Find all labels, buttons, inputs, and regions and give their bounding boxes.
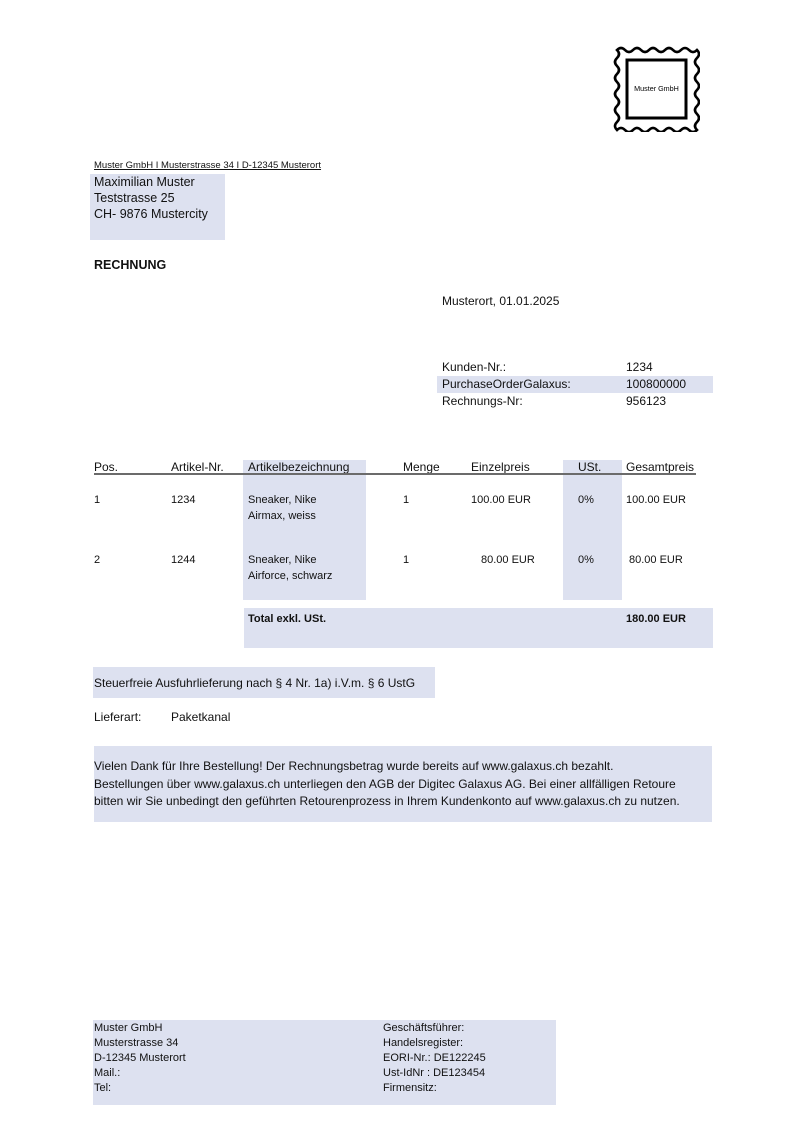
row2-vat: 0% xyxy=(578,553,594,569)
meta-value: 1234 xyxy=(626,359,653,376)
total-value: 180.00 EUR xyxy=(626,613,686,625)
row1-pos: 1 xyxy=(94,493,100,509)
header-description: Artikelbezeichnung xyxy=(248,460,349,474)
header-total-price: Gesamtpreis xyxy=(626,460,694,474)
header-vat: USt. xyxy=(578,460,601,474)
row2-total: 80.00 EUR xyxy=(629,553,683,569)
total-label: Total exkl. USt. xyxy=(248,613,326,625)
meta-label: Kunden-Nr.: xyxy=(442,359,626,376)
document-title: RECHNUNG xyxy=(94,258,166,272)
row2-quantity: 1 xyxy=(403,553,409,569)
meta-purchase-order: PurchaseOrderGalaxus: 100800000 xyxy=(437,376,713,393)
delivery-label: Lieferart: xyxy=(94,710,141,724)
recipient-city: CH- 9876 Mustercity xyxy=(94,206,221,222)
footer-eori: EORI-Nr.: DE122245 xyxy=(383,1051,486,1066)
svg-text:Muster GmbH: Muster GmbH xyxy=(634,84,679,93)
footer-company-name: Muster GmbH xyxy=(94,1021,186,1036)
row2-description-line2: Airforce, schwarz xyxy=(248,569,332,585)
footer-legal-info: Geschäftsführer: Handelsregister: EORI-N… xyxy=(383,1021,486,1096)
meta-customer-no: Kunden-Nr.: 1234 xyxy=(437,359,713,376)
delivery-value: Paketkanal xyxy=(171,710,230,724)
footer-registered-office: Firmensitz: xyxy=(383,1081,486,1096)
meta-value: 100800000 xyxy=(626,376,686,393)
table-header-rule xyxy=(94,473,696,475)
footer-company-info: Muster GmbH Musterstrasse 34 D-12345 Mus… xyxy=(94,1021,186,1096)
footer-city: D-12345 Musterort xyxy=(94,1051,186,1066)
header-quantity: Menge xyxy=(403,460,440,474)
company-logo: Muster GmbH xyxy=(613,46,700,132)
row1-article-no: 1234 xyxy=(171,493,195,509)
place-date: Musterort, 01.01.2025 xyxy=(442,294,559,308)
footer-street: Musterstrasse 34 xyxy=(94,1036,186,1051)
meta-value: 956123 xyxy=(626,393,666,410)
row2-unit-price: 80.00 EUR xyxy=(481,553,535,569)
recipient-street: Teststrasse 25 xyxy=(94,190,221,206)
row1-total: 100.00 EUR xyxy=(626,493,686,509)
delivery-method: Lieferart: Paketkanal xyxy=(94,710,141,724)
footer: Muster GmbH Musterstrasse 34 D-12345 Mus… xyxy=(93,1020,556,1105)
thank-you-line: bitten wir Sie unbedingt den geführten R… xyxy=(94,793,712,811)
meta-invoice-no: Rechnungs-Nr: 956123 xyxy=(437,393,713,410)
row2-article-no: 1244 xyxy=(171,553,195,569)
row1-vat: 0% xyxy=(578,493,594,509)
thank-you-note: Vielen Dank für Ihre Bestellung! Der Rec… xyxy=(94,746,712,822)
row2-description-line1: Sneaker, Nike xyxy=(248,553,332,569)
row1-unit-price: 100.00 EUR xyxy=(471,493,531,509)
sender-address-line: Muster GmbH I Musterstrasse 34 I D-12345… xyxy=(94,160,321,171)
header-pos: Pos. xyxy=(94,460,118,474)
thank-you-line: Bestellungen über www.galaxus.ch unterli… xyxy=(94,776,712,794)
meta-label: PurchaseOrderGalaxus: xyxy=(442,376,626,393)
header-unit-price: Einzelpreis xyxy=(471,460,530,474)
tax-exemption-text: Steuerfreie Ausfuhrlieferung nach § 4 Nr… xyxy=(94,676,415,690)
footer-vat-id: Ust-IdNr : DE123454 xyxy=(383,1066,486,1081)
footer-managing-director: Geschäftsführer: xyxy=(383,1021,486,1036)
footer-mail: Mail.: xyxy=(94,1066,186,1081)
header-article-no: Artikel-Nr. xyxy=(171,460,224,474)
row1-quantity: 1 xyxy=(403,493,409,509)
tax-exemption-note: Steuerfreie Ausfuhrlieferung nach § 4 Nr… xyxy=(93,667,435,698)
footer-trade-register: Handelsregister: xyxy=(383,1036,486,1051)
invoice-meta: Kunden-Nr.: 1234 PurchaseOrderGalaxus: 1… xyxy=(437,359,713,410)
row1-description-line2: Airmax, weiss xyxy=(248,509,316,525)
row2-description: Sneaker, Nike Airforce, schwarz xyxy=(248,553,332,584)
meta-label: Rechnungs-Nr: xyxy=(442,393,626,410)
recipient-name: Maximilian Muster xyxy=(94,174,221,190)
vat-column-highlight xyxy=(563,460,622,600)
thank-you-line: Vielen Dank für Ihre Bestellung! Der Rec… xyxy=(94,758,712,776)
footer-tel: Tel: xyxy=(94,1081,186,1096)
recipient-address: Maximilian Muster Teststrasse 25 CH- 987… xyxy=(90,174,225,240)
postage-stamp-icon: Muster GmbH xyxy=(613,46,700,132)
row2-pos: 2 xyxy=(94,553,100,569)
row1-description: Sneaker, Nike Airmax, weiss xyxy=(248,493,316,524)
row1-description-line1: Sneaker, Nike xyxy=(248,493,316,509)
